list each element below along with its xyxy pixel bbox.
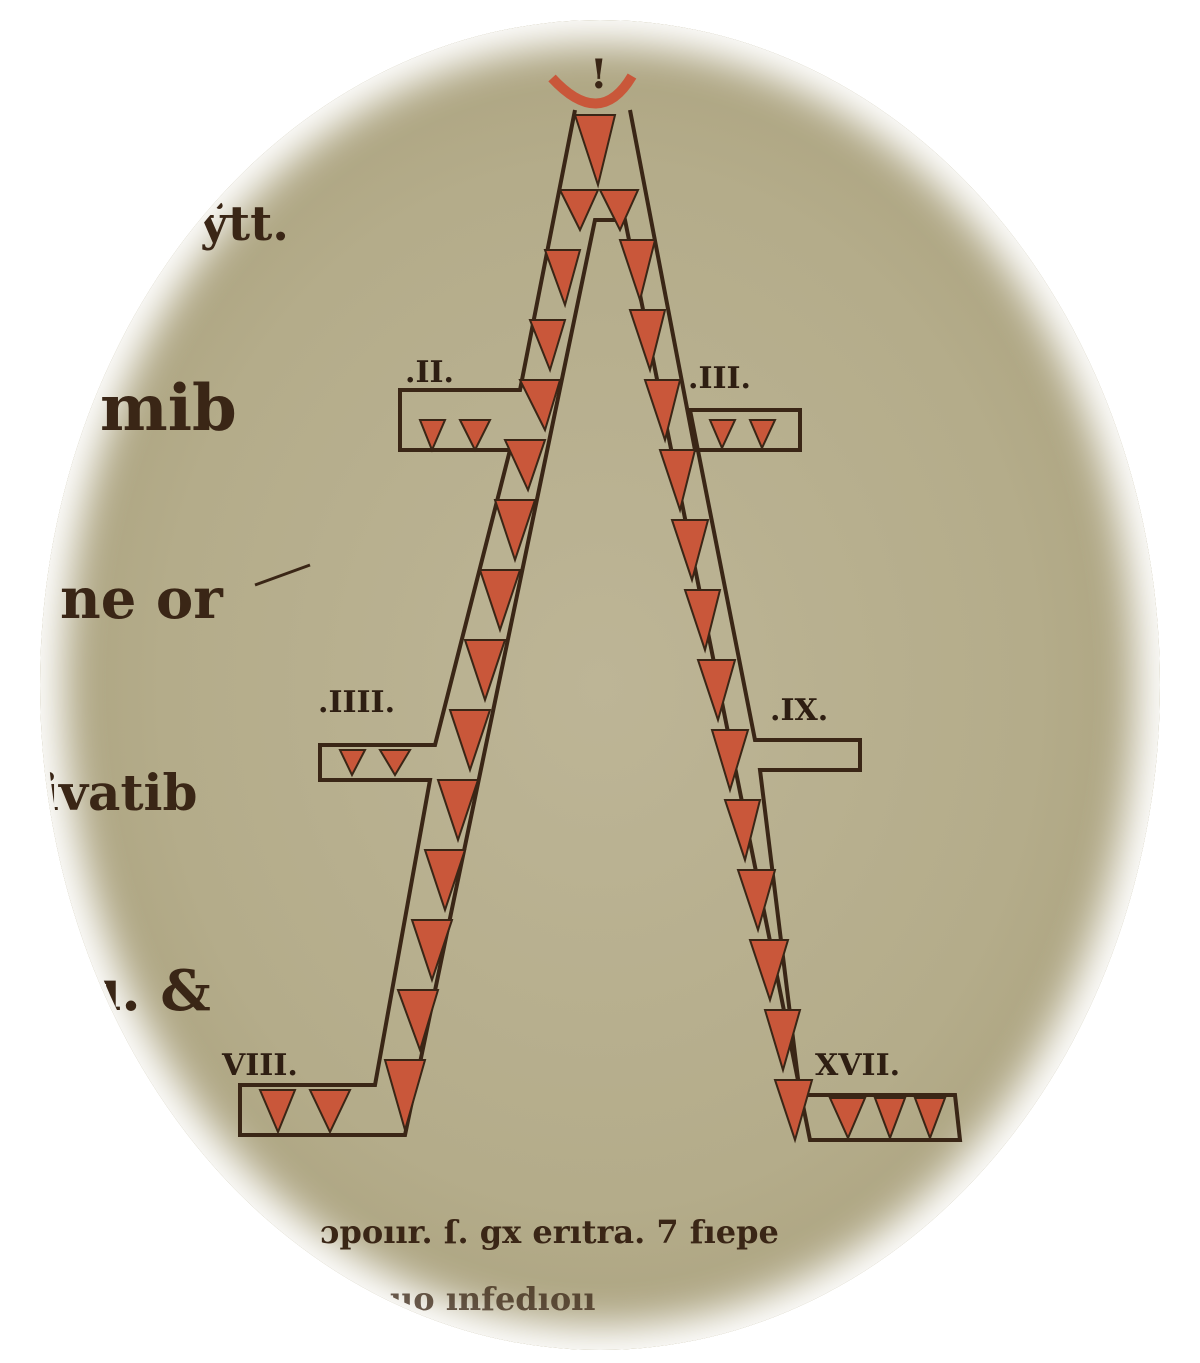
- red-triangles: [260, 115, 945, 1140]
- label-bottom-left: VIII.: [221, 1048, 298, 1083]
- bottom-text-2: uo ınfedıoıı: [390, 1280, 595, 1318]
- margin-text-3: ne or: [60, 566, 224, 632]
- label-top-left: .II.: [405, 355, 454, 390]
- margin-text-1: ÿtt.: [199, 196, 289, 252]
- tower-diagram: !: [0, 0, 1200, 1363]
- label-mid-right: .IX.: [770, 693, 828, 728]
- margin-text-2: mib: [100, 371, 237, 446]
- margin-stroke: [255, 565, 310, 585]
- bottom-text-1: ɔpoıır. ſ. gx erıtra. 7 fıepe: [320, 1213, 779, 1251]
- apex-mark: !: [590, 51, 608, 98]
- margin-text-5: ı. &: [100, 958, 211, 1024]
- label-bottom-right: XVII.: [815, 1048, 900, 1083]
- label-top-right: .III.: [688, 361, 751, 396]
- label-mid-left: .IIII.: [318, 685, 395, 720]
- margin-text-4: ivatib: [40, 763, 198, 822]
